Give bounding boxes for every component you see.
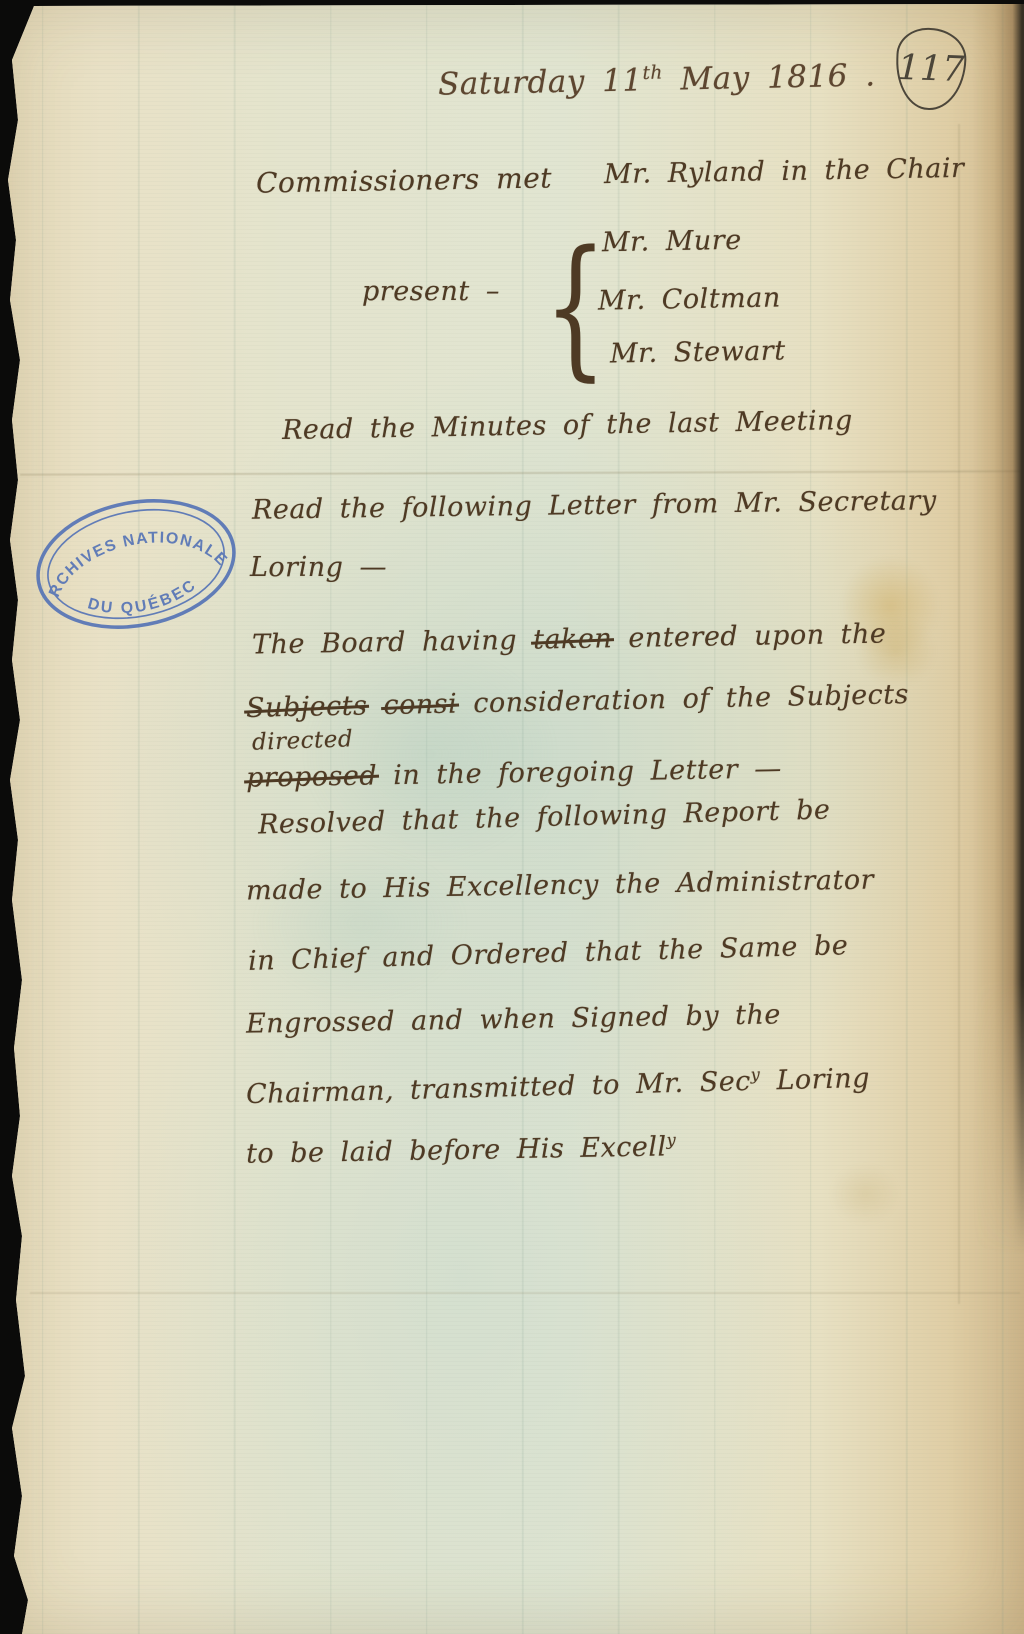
struck-text-segment: taken bbox=[533, 623, 613, 655]
attendee-name: Mr. Mure bbox=[602, 225, 742, 258]
text-segment: y bbox=[666, 1130, 676, 1149]
chairman-line: Mr. Ryland in the Chair bbox=[604, 153, 965, 190]
page-number: 117 bbox=[897, 48, 965, 90]
text-segment: Read the Minutes of the last Meeting bbox=[282, 405, 853, 446]
text-segment bbox=[367, 690, 384, 721]
text-segment: entered upon the bbox=[612, 618, 887, 654]
struck-text-segment: proposed bbox=[246, 760, 378, 793]
page-edge-curl bbox=[972, 4, 1024, 1254]
text-segment: to be laid before His Excell bbox=[246, 1131, 667, 1169]
paper-crease bbox=[958, 124, 960, 1304]
manuscript-page: 117 Saturday 11th May 1816 . Commissione… bbox=[0, 4, 1024, 1634]
present-label: present – bbox=[362, 276, 500, 307]
manuscript-line-letter: Read the following Letter from Mr. Secre… bbox=[252, 485, 937, 526]
text-segment: Engrossed and when Signed by the bbox=[246, 999, 781, 1039]
date-heading: Saturday 11th May 1816 . bbox=[438, 57, 876, 102]
manuscript-line-chairman: Chairman, transmitted to Mr. Secy Loring bbox=[246, 1062, 871, 1110]
attendee-name: Mr. Stewart bbox=[610, 335, 786, 369]
stamp-outer-ring bbox=[27, 485, 245, 643]
manuscript-insertion-directed: directed bbox=[252, 726, 354, 756]
text-segment: y bbox=[750, 1065, 760, 1084]
paper-crease bbox=[30, 1292, 1020, 1294]
page-number-badge: 117 bbox=[895, 27, 968, 111]
text-segment: Chairman, transmitted to Mr. Sec bbox=[246, 1066, 751, 1110]
manuscript-line-engrossed: Engrossed and when Signed by the bbox=[246, 999, 781, 1039]
bleed-through bbox=[250, 844, 470, 1004]
text-segment: The Board having bbox=[252, 625, 534, 661]
text-segment: Loring — bbox=[250, 552, 387, 583]
date-ordinal: th bbox=[642, 63, 663, 84]
text-segment: Loring bbox=[760, 1063, 870, 1097]
struck-text-segment: consi bbox=[383, 689, 457, 722]
text-segment: directed bbox=[252, 726, 354, 756]
date-month-year: May 1816 . bbox=[663, 57, 876, 97]
commissioners-met-label: Commissioners met bbox=[256, 161, 553, 199]
manuscript-line-minutes: Read the Minutes of the last Meeting bbox=[282, 405, 853, 446]
document-scan: 117 Saturday 11th May 1816 . Commissione… bbox=[0, 0, 1024, 1634]
struck-text-segment: Subjects bbox=[246, 690, 368, 724]
archives-stamp: ARCHIVES NATIONALES DU QUÉBEC bbox=[21, 475, 252, 652]
attendee-name: Mr. Coltman bbox=[598, 282, 781, 316]
text-segment: Read the following Letter from Mr. Secre… bbox=[252, 485, 937, 526]
ink-smudge bbox=[830, 1164, 900, 1224]
text-segment: in the foregoing Letter — bbox=[377, 753, 782, 791]
manuscript-line-loring: Loring — bbox=[250, 552, 387, 583]
manuscript-line-board: The Board having taken entered upon the bbox=[252, 618, 887, 660]
manuscript-line-laid: to be laid before His Excelly bbox=[246, 1130, 677, 1170]
paper-crease bbox=[20, 470, 1020, 475]
date-day: Saturday 11 bbox=[438, 62, 643, 102]
